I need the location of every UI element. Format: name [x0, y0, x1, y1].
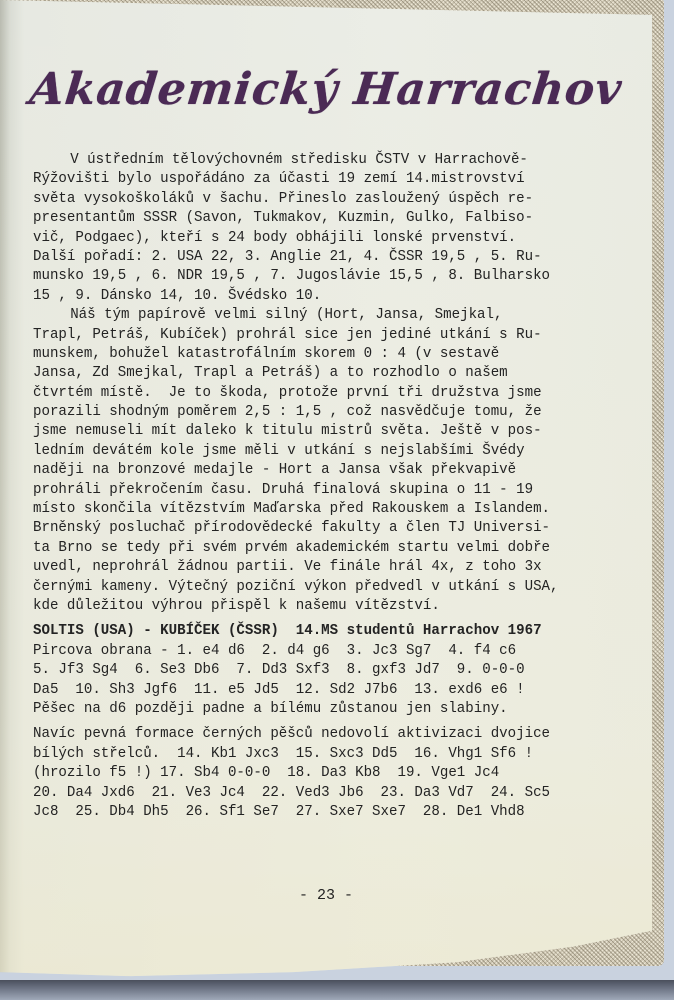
text-line: vič, Podgaec), kteří s 24 body obhájili …	[33, 228, 591, 247]
text-line: Trapl, Petráš, Kubíček) prohrál sice jen…	[33, 325, 591, 344]
text-line: uvedl, neprohrál žádnou partii. Ve finál…	[33, 557, 591, 576]
text-line: Další pořadí: 2. USA 22, 3. Anglie 21, 4…	[33, 247, 591, 266]
text-line: V ústředním tělovýchovném středisku ČSTV…	[33, 150, 591, 169]
intro-paragraph: V ústředním tělovýchovném středisku ČSTV…	[33, 150, 633, 305]
game-header: SOLTIS (USA) - KUBÍČEK (ČSSR) 14.MS stud…	[33, 621, 591, 640]
text-line: porazili shodným poměrem 2,5 : 1,5 , což…	[33, 402, 591, 421]
text-line: (hrozilo f5 !) 17. Sb4 0-0-0 18. Da3 Kb8…	[33, 763, 591, 782]
text-line: Jansa, Zd Smejkal, Trapl a Petráš) a to …	[33, 363, 591, 382]
text-line: Rýžovišti bylo uspořádáno za účasti 19 z…	[33, 169, 591, 188]
text-line: Pircova obrana - 1. e4 d6 2. d4 g6 3. Jc…	[33, 641, 591, 660]
game-moves: Pircova obrana - 1. e4 d6 2. d4 g6 3. Jc…	[33, 641, 633, 719]
game-moves-continued: Navíc pevná formace černých pěšců nedovo…	[33, 724, 633, 821]
text-line: místo skončila vítězstvím Maďarska před …	[33, 499, 591, 518]
text-line: bílých střelců. 14. Kb1 Jxc3 15. Sxc3 Dd…	[33, 744, 591, 763]
text-line: munsko 19,5 , 6. NDR 19,5 , 7. Jugoslávi…	[33, 266, 591, 285]
text-line: kde důležitou výhrou přispěl k našemu ví…	[33, 596, 591, 615]
background-surface	[0, 980, 674, 1000]
text-line: presentantům SSSR (Savon, Tukmakov, Kuzm…	[33, 208, 591, 227]
text-line: 5. Jf3 Sg4 6. Se3 Db6 7. Dd3 Sxf3 8. gxf…	[33, 660, 591, 679]
text-line: jsme nemuseli mít daleko k titulu mistrů…	[33, 421, 591, 440]
text-line: ta Brno se tedy při svém prvém akademick…	[33, 538, 591, 557]
text-line: prohráli překročením času. Druhá finalov…	[33, 480, 591, 499]
text-line: černými kameny. Výtečný poziční výkon př…	[33, 577, 591, 596]
page-number: - 23 -	[0, 887, 652, 904]
text-line: Navíc pevná formace černých pěšců nedovo…	[33, 724, 591, 743]
text-line: 20. Da4 Jxd6 21. Ve3 Jc4 22. Ved3 Jb6 23…	[33, 783, 591, 802]
team-paragraph: Náš tým papírově velmi silný (Hort, Jans…	[33, 305, 633, 615]
text-line: ledním devátém kole jsme měli v utkání s…	[33, 441, 591, 460]
game-block: SOLTIS (USA) - KUBÍČEK (ČSSR) 14.MS stud…	[33, 621, 633, 821]
text-line: Brněnský posluchač přírodovědecké fakult…	[33, 518, 591, 537]
article-body: V ústředním tělovýchovném středisku ČSTV…	[33, 150, 633, 821]
page-title: Akademický Harrachov	[27, 64, 624, 115]
text-line: Pěšec na d6 později padne a bílému zůsta…	[33, 699, 591, 718]
text-line: čtvrtém místě. Je to škoda, protože prvn…	[33, 383, 591, 402]
text-line: naději na bronzové medajle - Hort a Jans…	[33, 460, 591, 479]
text-line: 15 , 9. Dánsko 14, 10. Švédsko 10.	[33, 286, 591, 305]
text-line: světa vysokoškoláků v šachu. Přineslo za…	[33, 189, 591, 208]
text-line: Jc8 25. Db4 Dh5 26. Sf1 Se7 27. Sxe7 Sxe…	[33, 802, 591, 821]
text-line: Da5 10. Sh3 Jgf6 11. e5 Jd5 12. Sd2 J7b6…	[33, 680, 591, 699]
text-line: munskem, bohužel katastrofálním skorem 0…	[33, 344, 591, 363]
text-line: Náš tým papírově velmi silný (Hort, Jans…	[33, 305, 591, 324]
